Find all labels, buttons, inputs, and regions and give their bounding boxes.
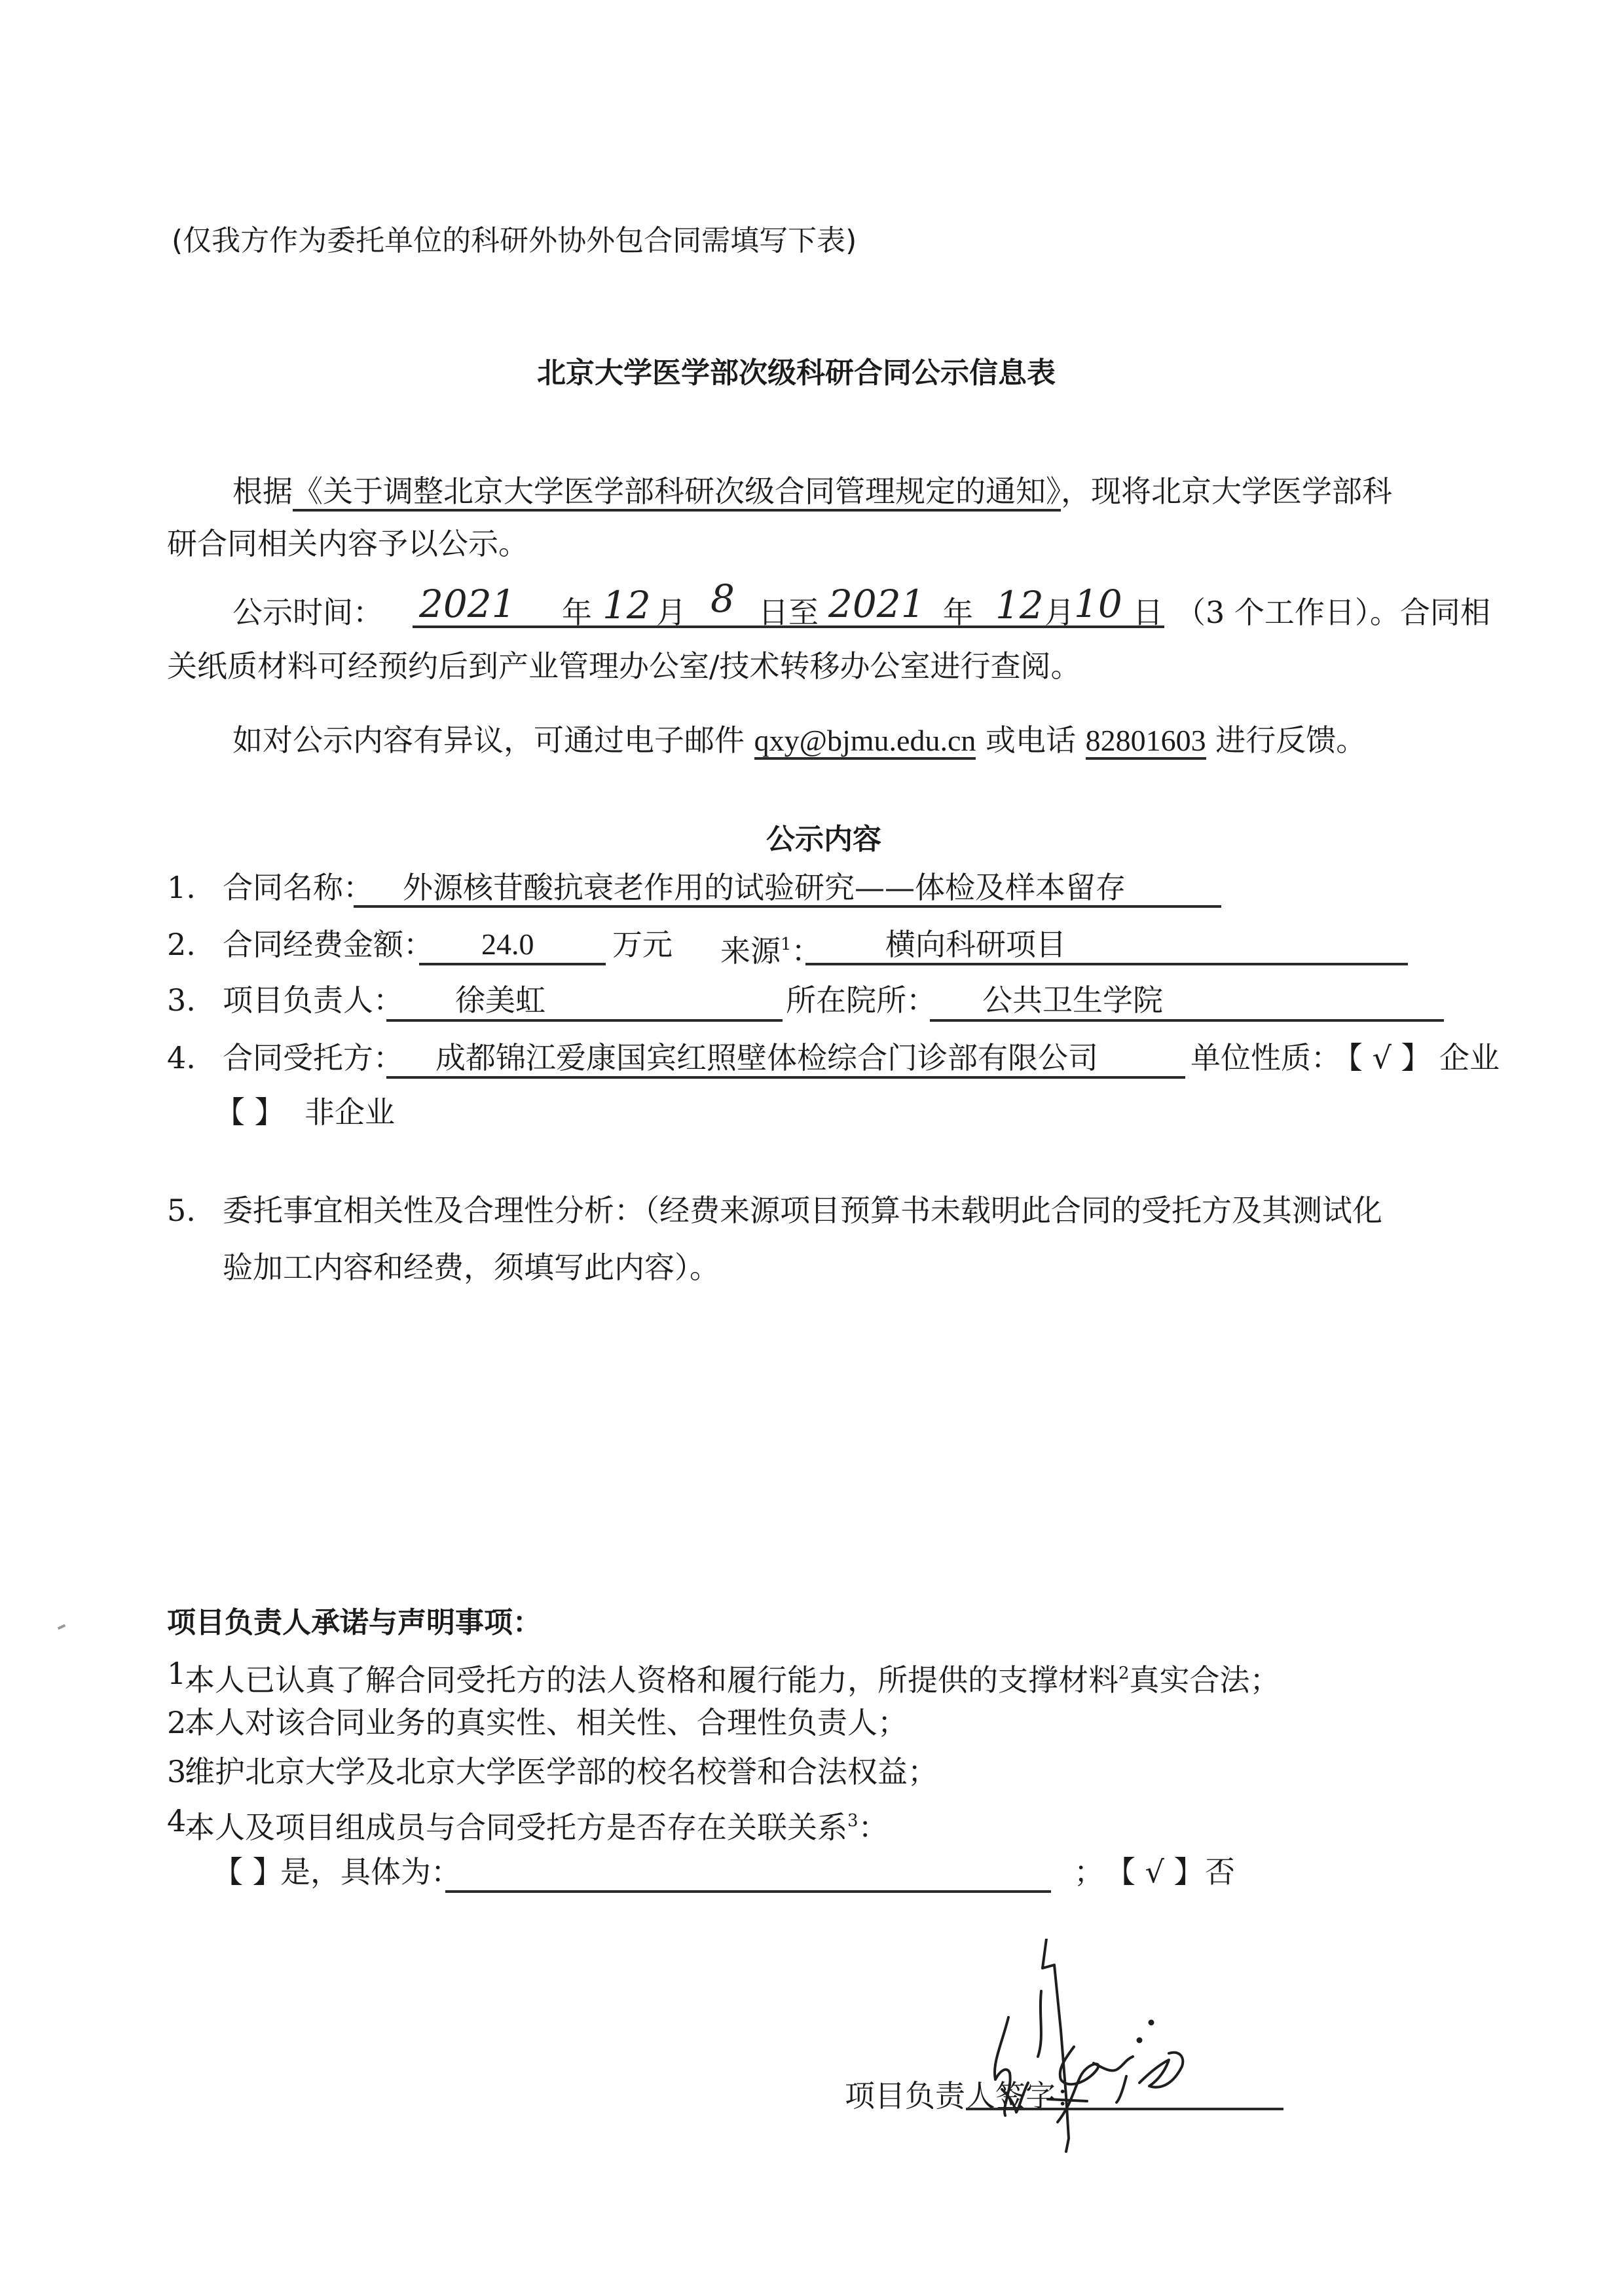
feedback-email-link[interactable]: qxy@bjmu.edu.cn <box>754 724 976 760</box>
period-start-day[interactable]: 8 <box>710 576 735 621</box>
item-3-label: 项目负责人： <box>223 980 403 1020</box>
enterprise-checkbox[interactable]: 【 √ 】 <box>1333 1038 1431 1077</box>
item-2-source-value: 横向科研项目 <box>885 925 1066 964</box>
item-3-leader-value: 徐美虹 <box>455 980 545 1020</box>
item-3-dept-label: 所在院所： <box>786 980 936 1020</box>
item-1-number: 1. <box>167 868 196 907</box>
feedback-middle: 或电话 <box>976 722 1085 758</box>
relation-no-checkbox[interactable]: 【 √ 】 <box>1105 1852 1204 1892</box>
intro-line-1: 根据《关于调整北京大学医学部科研次级合同管理规定的通知》，现将北京大学医学部科 <box>232 472 1392 511</box>
pledge-heading: 项目负责人承诺与声明事项： <box>167 1603 542 1643</box>
item-2-amount-value: 24.0 <box>481 925 534 964</box>
item-5-label: 委托事宜相关性及合理性分析：（经费来源项目预算书未载明此合同的受托方及其测试化 <box>223 1191 1382 1230</box>
period-start-year[interactable]: 2021 <box>419 582 516 626</box>
item-5-number: 5. <box>167 1191 196 1230</box>
relation-yes-checkbox[interactable]: 【 】 <box>213 1852 283 1892</box>
intro-prefix: 根据 <box>232 474 293 509</box>
relation-separator: ； <box>1074 1852 1104 1892</box>
item-4-label: 合同受托方： <box>223 1038 403 1077</box>
item-1-label: 合同名称： <box>223 868 373 907</box>
pledge-item-1-tail: 真实合法； <box>1130 1662 1280 1698</box>
intro-doc-link[interactable]: 《关于调整北京大学医学部科研次级合同管理规定的通知》 <box>293 474 1061 512</box>
item-3-dept-value: 公共卫生学院 <box>982 980 1163 1020</box>
period-year-char: 年 <box>562 593 592 632</box>
pledge-item-1-footnote: 2 <box>1118 1664 1130 1683</box>
period-month-char: 月 <box>656 593 686 632</box>
item-2-number: 2. <box>167 925 196 964</box>
period-label: 公示时间： <box>232 593 383 632</box>
pledge-item-1-main: 本人已认真了解合同受托方的法人资格和履行能力，所提供的支撑材料 <box>185 1662 1118 1698</box>
page-title: 北京大学医学部次级科研合同公示信息表 <box>537 354 1056 393</box>
period-end-month-char: 月 <box>1044 593 1075 632</box>
period-suffix: （3 个工作日）。合同相 <box>1175 593 1490 632</box>
period-start-month[interactable]: 12 <box>602 583 651 627</box>
form-note: (仅我方作为委托单位的科研外协外包合同需填写下表) <box>172 221 857 261</box>
period-end-year-char: 年 <box>943 593 973 632</box>
item-3-leader-underline <box>386 1019 783 1022</box>
item-3-number: 3. <box>167 980 196 1020</box>
feedback-suffix: 进行反馈。 <box>1206 722 1367 758</box>
non-enterprise-label: 非企业 <box>304 1092 395 1132</box>
period-day-char: 日 <box>1133 593 1163 632</box>
pledge-item-4-main: 本人及项目组成员与合同受托方是否存在关联关系 <box>185 1810 847 1845</box>
relation-yes-label: 是，具体为： <box>280 1852 461 1892</box>
pledge-item-2: 本人对该合同业务的真实性、相关性、合理性负责人； <box>185 1703 908 1742</box>
feedback-phone[interactable]: 82801603 <box>1086 724 1206 760</box>
relation-detail-underline[interactable] <box>445 1890 1051 1893</box>
item-2-label: 合同经费金额： <box>223 925 434 964</box>
intro-line-2: 研合同相关内容予以公示。 <box>167 524 528 563</box>
content-heading: 公示内容 <box>766 815 881 857</box>
item-2-unit: 万元 <box>612 925 673 964</box>
feedback-prefix: 如对公示内容有异议，可通过电子邮件 <box>232 722 754 758</box>
item-4-trustee-value: 成都锦江爱康国宾红照壁体检综合门诊部有限公司 <box>435 1038 1098 1077</box>
pledge-item-4: 本人及项目组成员与合同受托方是否存在关联关系3： <box>185 1801 889 1847</box>
non-enterprise-checkbox[interactable]: 【 】 <box>215 1092 285 1132</box>
period-end-year[interactable]: 2021 <box>828 582 925 626</box>
item-4-nature-label: 单位性质： <box>1190 1038 1341 1077</box>
item-5-line-2: 验加工内容和经费，须填写此内容）。 <box>223 1248 720 1287</box>
period-end-day[interactable]: 10 <box>1074 582 1122 626</box>
item-1-value: 外源核苷酸抗衰老作用的试验研究——体检及样本留存 <box>403 868 1126 907</box>
item-4-number: 4. <box>167 1038 196 1077</box>
pledge-item-4-tail: ： <box>858 1810 889 1845</box>
pledge-item-3: 维护北京大学及北京大学医学部的校名校誉和合法权益； <box>185 1752 938 1791</box>
handwritten-signature-icon <box>982 1939 1257 2155</box>
pledge-item-4-footnote: 3 <box>847 1811 858 1831</box>
intro-suffix: ，现将北京大学医学部科 <box>1061 474 1392 509</box>
feedback-line: 如对公示内容有异议，可通过电子邮件 qxy@bjmu.edu.cn 或电话 82… <box>232 720 1366 760</box>
scan-mark <box>58 1624 66 1630</box>
period-day-to: 日至 <box>758 593 819 632</box>
enterprise-label: 企业 <box>1439 1038 1500 1077</box>
relation-no-label: 否 <box>1205 1852 1235 1892</box>
pledge-item-1-entry: 本人已认真了解合同受托方的法人资格和履行能力，所提供的支撑材料2真实合法； <box>185 1654 1280 1700</box>
period-end-month[interactable]: 12 <box>995 583 1044 627</box>
period-line-2: 关纸质材料可经预约后到产业管理办公室/技术转移办公室进行查阅。 <box>167 646 1081 686</box>
